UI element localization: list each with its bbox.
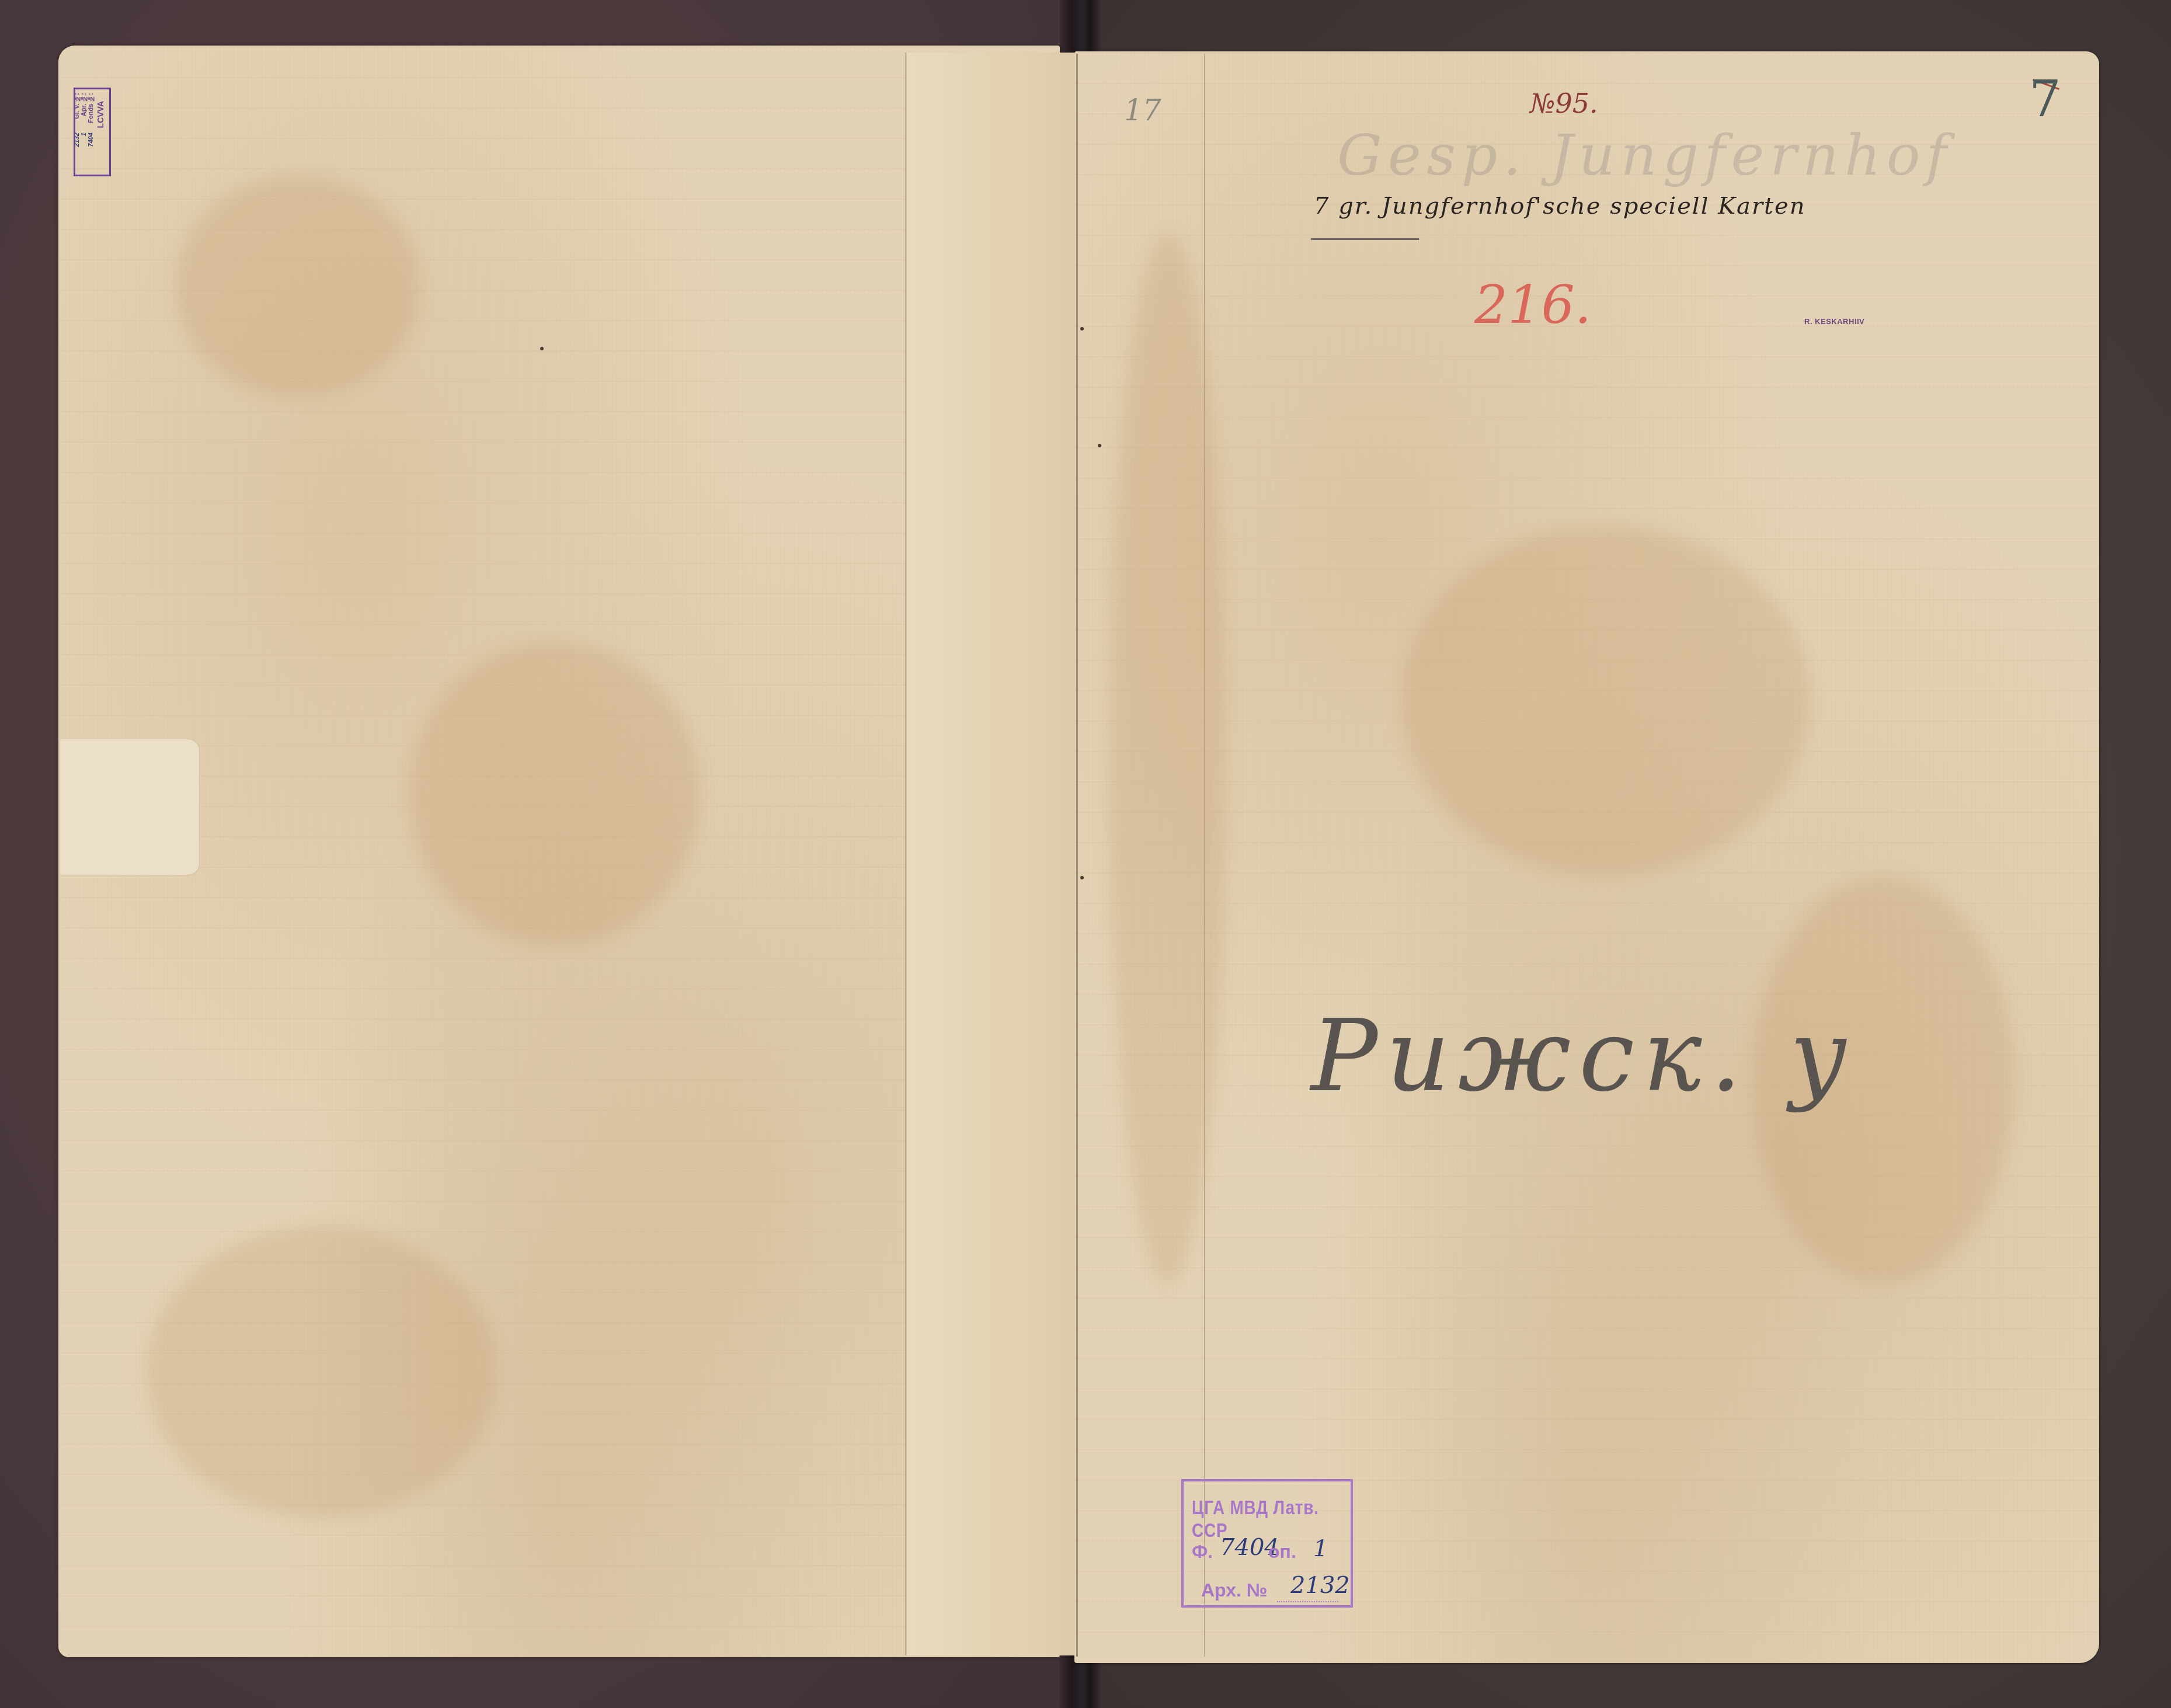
stamp-arch-label: Арх. №	[1201, 1580, 1267, 1601]
title-underline	[1311, 238, 1419, 240]
paper-repair-patch	[60, 739, 200, 875]
lcvva-archive-stamp: LCVVA Fonds №: 7404 Apr. №: 1 Gl. v. №: …	[74, 88, 111, 176]
folio-number: 7	[2029, 70, 2061, 128]
red-pencil-number: 216.	[1474, 274, 1591, 336]
stamp-opis-label: оп.	[1268, 1541, 1296, 1563]
soviet-archive-stamp: ЦГА МВД Латв. ССР Ф. 7404 оп. 1 Арх. № 2…	[1181, 1479, 1353, 1608]
faint-pencil-mark: 17	[1124, 93, 1161, 127]
stamp-fond-label: Ф.	[1192, 1541, 1213, 1563]
stain	[175, 175, 420, 397]
handwritten-title: 7 gr. Jungfernhof'sche speciell Karten	[1314, 193, 1806, 220]
stain	[1109, 234, 1226, 1285]
stamp-gl-value: 2132	[74, 133, 81, 147]
stain	[1401, 526, 1810, 876]
ink-speck	[1080, 876, 1084, 879]
stamp-fonds-value: 7404	[88, 133, 95, 147]
center-seam	[1076, 54, 1078, 1657]
stain	[146, 1226, 496, 1518]
pencil-district-label: Рижск. у	[1311, 999, 1856, 1114]
ink-speck	[1098, 444, 1101, 447]
stamp-arch-value: 2132	[1290, 1572, 1350, 1599]
ink-speck	[540, 347, 544, 350]
stamp-opis-value: 1	[1313, 1535, 1328, 1562]
keskarhiiv-stamp: R. KESKARHIIV	[1804, 317, 1864, 326]
stain	[409, 642, 701, 946]
paper-fold-strip	[905, 53, 1074, 1655]
document-number: №95.	[1530, 88, 1598, 119]
stamp-gl-label: Gl. v. №:	[74, 93, 81, 119]
stamp-dotted-line	[1277, 1601, 1338, 1602]
stamp-apr-value: 1	[81, 133, 88, 136]
stamp-fonds-label: Fonds №:	[88, 93, 95, 123]
stamp-apr-label: Apr. №:	[81, 93, 88, 116]
stamp-title: LCVVA	[96, 101, 105, 128]
ink-speck	[1080, 327, 1084, 331]
ghost-pencil-title: Gesp. Jungfernhof	[1337, 123, 1953, 188]
